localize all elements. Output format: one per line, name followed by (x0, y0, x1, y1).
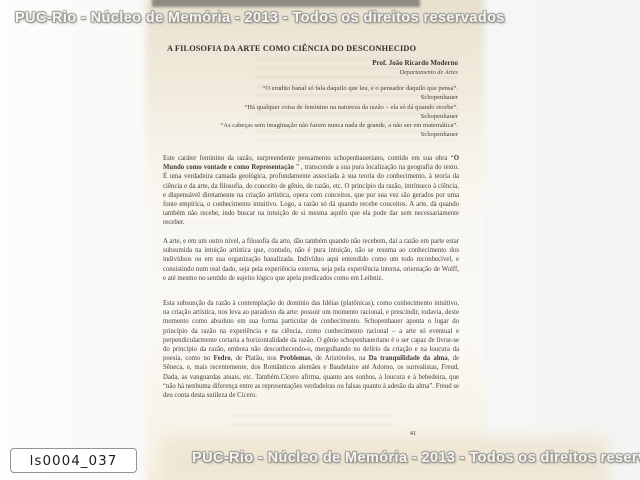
scan-label-text: ls0004_037 (30, 453, 118, 469)
page-number: 41 (402, 430, 424, 437)
epigraph-quote: “Há qualquer coisa de feminino na nature… (163, 103, 458, 112)
watermark-bottom: PUC-Rio - Núcleo de Memória - 2013 - Tod… (192, 450, 640, 466)
watermark-top: PUC-Rio - Núcleo de Memória - 2013 - Tod… (15, 10, 505, 26)
epigraph-quote: “As cabeças sem imaginação não fazem nun… (163, 121, 458, 130)
epigraph-attribution: Schopenhauer (163, 93, 458, 102)
article-author: Prof. João Ricardo Moderno (163, 59, 458, 67)
page-bleed-through (230, 414, 395, 431)
scan-label: ls0004_037 (10, 448, 137, 473)
paragraph-1: Este caráter feminino da razão, surpreen… (163, 154, 459, 228)
article-title: A FILOSOFIA DA ARTE COMO CIÊNCIA DO DESC… (167, 44, 463, 53)
scanned-document-screenshot: A FILOSOFIA DA ARTE COMO CIÊNCIA DO DESC… (0, 0, 640, 480)
epigraph-attribution: Schopenhauer (163, 130, 458, 139)
paragraph-2: A arte, e em um outro nível, a filosofia… (163, 237, 459, 283)
scan-top-edge-shadow (152, 0, 420, 7)
epigraph-quote: “O erudito banal só fala daquilo que leu… (163, 84, 458, 93)
article-department: Departamento de Artes (163, 69, 458, 76)
epigraph-attribution: Schopenhauer (163, 112, 458, 121)
epigraph-block: “O erudito banal só fala daquilo que leu… (163, 84, 458, 140)
paragraph-3: Esta subsunção da razão à contemplação d… (163, 299, 459, 400)
